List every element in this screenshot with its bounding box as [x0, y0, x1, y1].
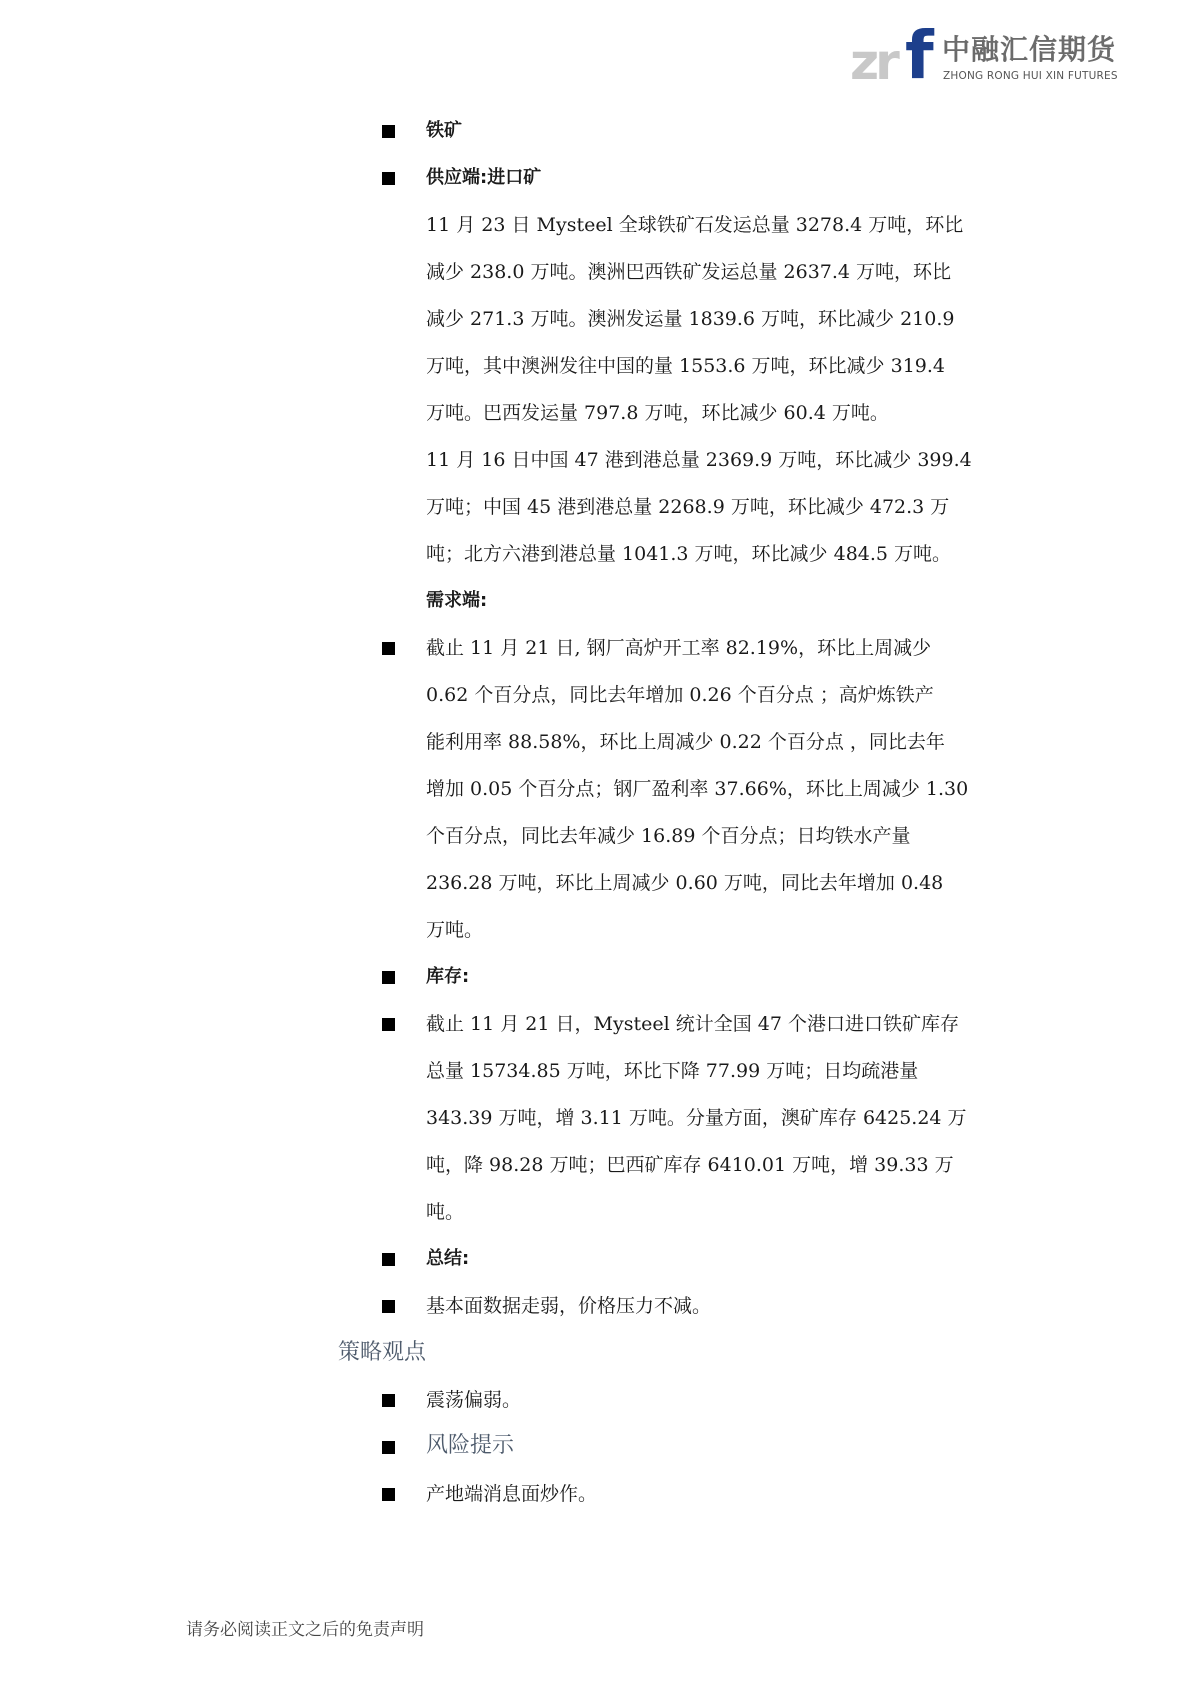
bullet-square-icon	[382, 125, 395, 138]
strategy-text: 震荡偏弱。	[426, 1389, 521, 1411]
supply-line: 吨；北方六港到港总量 1041.3 万吨，环比减少 484.5 万吨。	[426, 543, 951, 565]
inventory-line: 吨，降 98.28 万吨；巴西矿库存 6410.01 万吨，增 39.33 万	[426, 1154, 954, 1176]
demand-line: 万吨。	[426, 919, 483, 941]
inventory-line: 343.39 万吨，增 3.11 万吨。分量方面，澳矿库存 6425.24 万	[426, 1107, 967, 1129]
demand-line: 个百分点，同比去年减少 16.89 个百分点；日均铁水产量	[426, 825, 910, 847]
inventory-line: 截止 11 月 21 日，Mysteel 统计全国 47 个港口进口铁矿库存	[426, 1013, 959, 1035]
demand-line: 0.62 个百分点，同比去年增加 0.26 个百分点 ；高炉炼铁产	[426, 684, 934, 706]
bullet-square-icon	[382, 172, 395, 185]
company-logo: zr f 中融汇信期货 ZHONG RONG HUI XIN FUTURES	[850, 28, 1120, 88]
bullet-square-icon	[382, 1018, 395, 1031]
strategy-heading: 策略观点	[338, 1340, 426, 1366]
section-title-iron-ore: 铁矿	[426, 120, 462, 142]
bullet-square-icon	[382, 1253, 395, 1266]
logo-english-name: ZHONG RONG HUI XIN FUTURES	[943, 70, 1118, 82]
bullet-square-icon	[382, 1300, 395, 1313]
disclaimer-footer: 请务必阅读正文之后的免责声明	[186, 1615, 424, 1640]
section-title-supply: 供应端:进口矿	[426, 167, 541, 189]
section-title-summary: 总结:	[426, 1248, 469, 1270]
inventory-line: 总量 15734.85 万吨，环比下降 77.99 万吨；日均疏港量	[426, 1060, 918, 1082]
logo-mark-zr: zr	[850, 42, 896, 82]
supply-line: 万吨；中国 45 港到港总量 2268.9 万吨，环比减少 472.3 万	[426, 496, 949, 518]
bullet-square-icon	[382, 1441, 395, 1454]
supply-line: 万吨，其中澳洲发往中国的量 1553.6 万吨，环比减少 319.4	[426, 355, 945, 377]
demand-line: 截止 11 月 21 日, 钢厂高炉开工率 82.19%，环比上周减少	[426, 637, 931, 659]
demand-line: 增加 0.05 个百分点；钢厂盈利率 37.66%，环比上周减少 1.30	[426, 778, 968, 800]
logo-mark-f: f	[905, 26, 934, 86]
bullet-square-icon	[382, 642, 395, 655]
supply-line: 11 月 23 日 Mysteel 全球铁矿石发运总量 3278.4 万吨，环比	[426, 214, 963, 236]
section-title-inventory: 库存:	[426, 966, 469, 988]
bullet-square-icon	[382, 971, 395, 984]
supply-line: 减少 238.0 万吨。澳洲巴西铁矿发运总量 2637.4 万吨，环比	[426, 261, 951, 283]
logo-chinese-name: 中融汇信期货	[942, 34, 1116, 66]
supply-line: 11 月 16 日中国 47 港到港总量 2369.9 万吨，环比减少 399.…	[426, 449, 972, 471]
risk-heading: 风险提示	[426, 1433, 514, 1459]
bullet-square-icon	[382, 1394, 395, 1407]
supply-line: 减少 271.3 万吨。澳洲发运量 1839.6 万吨，环比减少 210.9	[426, 308, 954, 330]
supply-line: 万吨。巴西发运量 797.8 万吨，环比减少 60.4 万吨。	[426, 402, 889, 424]
risk-text: 产地端消息面炒作。	[426, 1483, 597, 1505]
demand-line: 236.28 万吨，环比上周减少 0.60 万吨，同比去年增加 0.48	[426, 872, 943, 894]
section-title-demand: 需求端:	[426, 590, 487, 612]
summary-text: 基本面数据走弱，价格压力不减。	[426, 1295, 711, 1317]
inventory-line: 吨。	[426, 1201, 464, 1223]
bullet-square-icon	[382, 1488, 395, 1501]
demand-line: 能利用率 88.58%，环比上周减少 0.22 个百分点 ，同比去年	[426, 731, 945, 753]
